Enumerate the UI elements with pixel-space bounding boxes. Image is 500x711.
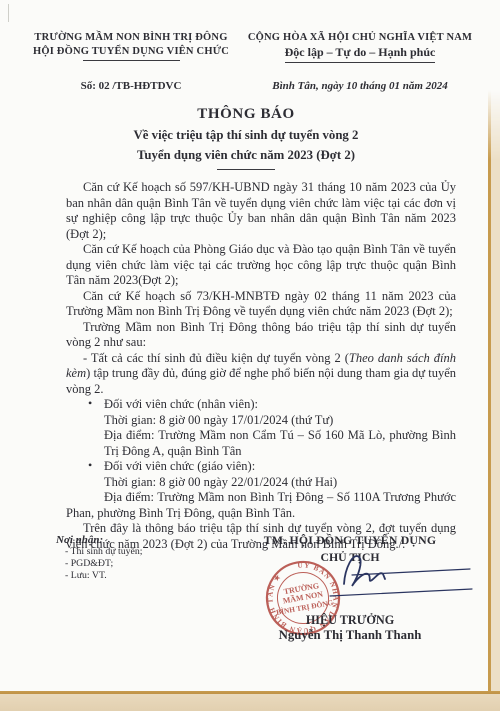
signature-org: TM. HỘI ĐỒNG TUYỂN DỤNG <box>250 533 450 548</box>
signer-title: HIỆU TRƯỞNG <box>250 613 450 628</box>
title-sub2: Tuyển dụng viên chức năm 2023 (Đợt 2) <box>0 148 492 163</box>
bullet-section-staff: • Đối với viên chức (nhân viên): Thời gi… <box>104 397 456 459</box>
paragraph-announce: Trường Mầm non Bình Trị Đông thông báo t… <box>66 320 456 351</box>
header-national: CỘNG HÒA XÃ HỘI CHỦ NGHĨA VIỆT NAM Độc l… <box>238 32 482 63</box>
paragraph-basis-1: Căn cứ Kế hoạch số 597/KH-UBND ngày 31 t… <box>66 180 456 242</box>
bullet1-heading: Đối với viên chức (nhân viên): <box>104 397 456 413</box>
bullet1-place: Địa điểm: Trường Mầm non Cẩm Tú – Số 160… <box>104 428 456 459</box>
handwritten-signature <box>322 548 480 603</box>
national-motto-line1: CỘNG HÒA XÃ HỘI CHỦ NGHĨA VIỆT NAM <box>238 32 482 43</box>
title-underline <box>217 169 275 170</box>
header-org: TRƯỜNG MẦM NON BÌNH TRỊ ĐÔNG HỘI ĐỒNG TU… <box>28 32 234 61</box>
document-number: Số: 02 /TB-HĐTDVC <box>28 80 234 92</box>
bullet2-heading: Đối với viên chức (giáo viên): <box>104 459 456 475</box>
instruction-prefix: - Tất cả các thí sinh đủ điều kiện dự tu… <box>83 351 349 365</box>
bullet-icon: • <box>88 396 92 412</box>
recipient-item: - Lưu: VT. <box>65 570 246 582</box>
title-block: THÔNG BÁO Về việc triệu tập thí sinh dự … <box>0 106 492 170</box>
frame-edge-right <box>488 90 500 711</box>
bullet1-time: Thời gian: 8 giờ 00 ngày 17/01/2024 (thứ… <box>104 413 456 429</box>
org-underline <box>83 60 180 61</box>
paragraph-basis-3: Căn cứ Kế hoạch số 73/KH-MNBTĐ ngày 02 t… <box>66 289 456 320</box>
national-motto-line2: Độc lập – Tự do – Hạnh phúc <box>285 45 436 63</box>
signer-name: Nguyễn Thị Thanh Thanh <box>250 628 450 643</box>
title-sub1: Về việc triệu tập thí sinh dự tuyển vòng… <box>0 128 492 143</box>
recipients-heading: Nơi nhận: <box>56 534 246 546</box>
recipient-item: - PGD&ĐT; <box>65 558 246 570</box>
scan-artifact <box>8 4 9 22</box>
instruction-suffix: ) tập trung đầy đủ, đúng giờ để nghe phổ… <box>66 366 456 396</box>
document-page: TRƯỜNG MẦM NON BÌNH TRỊ ĐÔNG HỘI ĐỒNG TU… <box>0 0 500 711</box>
org-council: HỘI ĐỒNG TUYỂN DỤNG VIÊN CHỨC <box>28 46 234 57</box>
bullet-icon: • <box>88 458 92 474</box>
title-main: THÔNG BÁO <box>0 106 492 123</box>
org-name: TRƯỜNG MẦM NON BÌNH TRỊ ĐÔNG <box>28 32 234 43</box>
bullet-section-teachers: • Đối với viên chức (giáo viên): Thời gi… <box>104 459 456 490</box>
date-line: Bình Tân, ngày 10 tháng 01 năm 2024 <box>238 80 482 92</box>
recipient-item: - Thí sinh dự tuyển; <box>65 546 246 558</box>
bullet2-place: Địa điểm: Trường Mầm non Bình Trị Đông –… <box>66 490 456 521</box>
paragraph-instruction: - Tất cả các thí sinh đủ điều kiện dự tu… <box>66 351 456 398</box>
frame-edge-bottom <box>0 691 500 711</box>
document-body: Căn cứ Kế hoạch số 597/KH-UBND ngày 31 t… <box>66 180 456 552</box>
paragraph-basis-2: Căn cứ Kế hoạch của Phòng Giáo dục và Đà… <box>66 242 456 289</box>
bullet2-time: Thời gian: 8 giờ 00 ngày 22/01/2024 (thứ… <box>104 475 456 491</box>
recipients-block: Nơi nhận: - Thí sinh dự tuyển; - PGD&ĐT;… <box>56 534 246 581</box>
